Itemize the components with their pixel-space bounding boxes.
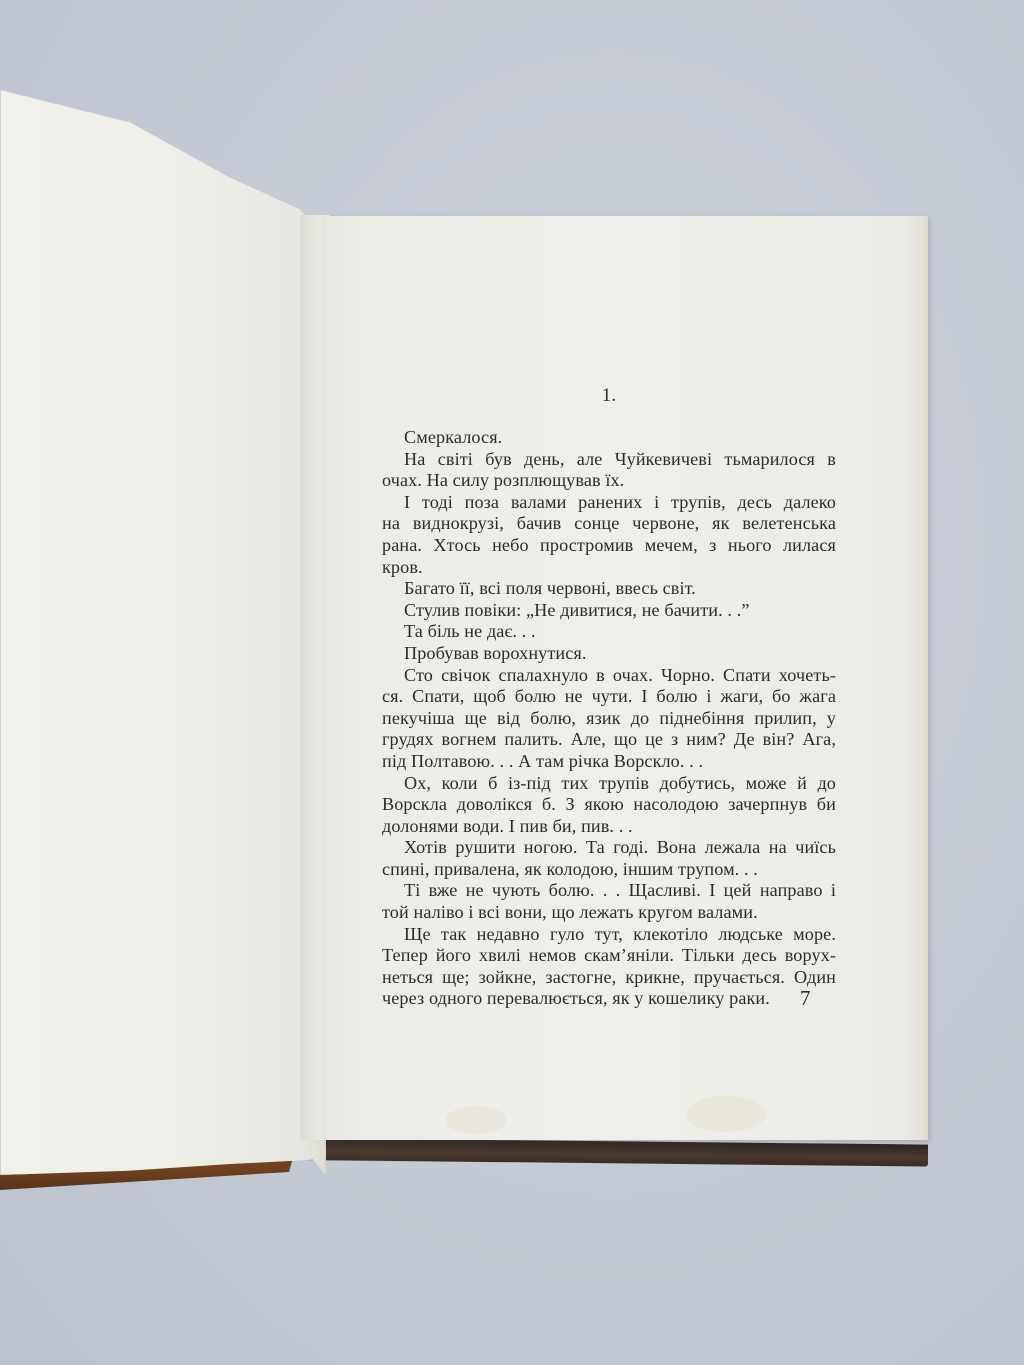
text-line: неться ще; зойкне, застогне, крикне, пру… xyxy=(382,967,836,989)
book-cover-right-edge xyxy=(300,1138,928,1167)
text-line: Смеркалося. xyxy=(382,427,836,449)
text-line: Хотів рушити ногою. Та годі. Вона лежала… xyxy=(382,837,836,859)
paper-stain xyxy=(446,1106,506,1134)
text-line: рана. Хтось небо простромив мечем, з ньо… xyxy=(382,535,836,557)
photo-scene: 1. Смеркалося.На світі був день, але Чуй… xyxy=(0,0,1024,1365)
text-line: Сто свічок спалахнуло в очах. Чорно. Спа… xyxy=(382,665,836,687)
text-line: очах. На силу розплющував їх. xyxy=(382,470,836,492)
text-line: На світі був день, але Чуйкевичеві тьмар… xyxy=(382,449,836,471)
text-line: Багато її, всі поля червоні, ввесь світ. xyxy=(382,578,836,600)
text-line: І тоді поза валами ранених і трупів, дес… xyxy=(382,492,836,514)
text-line: Ще так недавно гуло тут, клекотіло людсь… xyxy=(382,924,836,946)
text-line: долонями води. І пив би, пив. . . xyxy=(382,816,836,838)
text-line: Ох, коли б із-під тих трупів добутись, м… xyxy=(382,773,836,795)
text-line: під Полтавою. . . А там річка Ворскло. .… xyxy=(382,751,836,773)
paper-stain xyxy=(686,1096,766,1132)
chapter-number: 1. xyxy=(382,385,836,407)
text-line: ся. Спати, щоб болю не чути. І болю і жа… xyxy=(382,686,836,708)
right-page: 1. Смеркалося.На світі був день, але Чуй… xyxy=(326,216,928,1140)
text-line: спині, привалена, як колодою, іншим труп… xyxy=(382,859,836,881)
text-line: кров. xyxy=(382,557,836,579)
text-line: пекучіша ще від болю, язик до піднебіння… xyxy=(382,708,836,730)
text-line: Стулив повіки: „Не дивитися, не бачити. … xyxy=(382,600,836,622)
text-line: Ворскла доволікся б. З якою насолодою за… xyxy=(382,794,836,816)
body-text: Смеркалося.На світі був день, але Чуйкев… xyxy=(382,427,836,1010)
text-line: Тепер його хвилі немов скам’яніли. Тільк… xyxy=(382,945,836,967)
text-line: Ті вже не чують болю. . . Щасливі. І цей… xyxy=(382,880,836,902)
page-number: 7 xyxy=(800,986,811,1011)
text-line: грудях вогнем палить. Але, що це з ним? … xyxy=(382,729,836,751)
left-page-blank xyxy=(0,90,326,1175)
text-line: на виднокрузі, бачив сонце червоне, як в… xyxy=(382,513,836,535)
text-line: той наліво і всі вони, що лежать кругом … xyxy=(382,902,836,924)
text-line: через одного перевалюється, як у кошелик… xyxy=(382,988,836,1010)
text-line: Та біль не дає. . . xyxy=(382,621,836,643)
text-line: Пробував ворохнутися. xyxy=(382,643,836,665)
